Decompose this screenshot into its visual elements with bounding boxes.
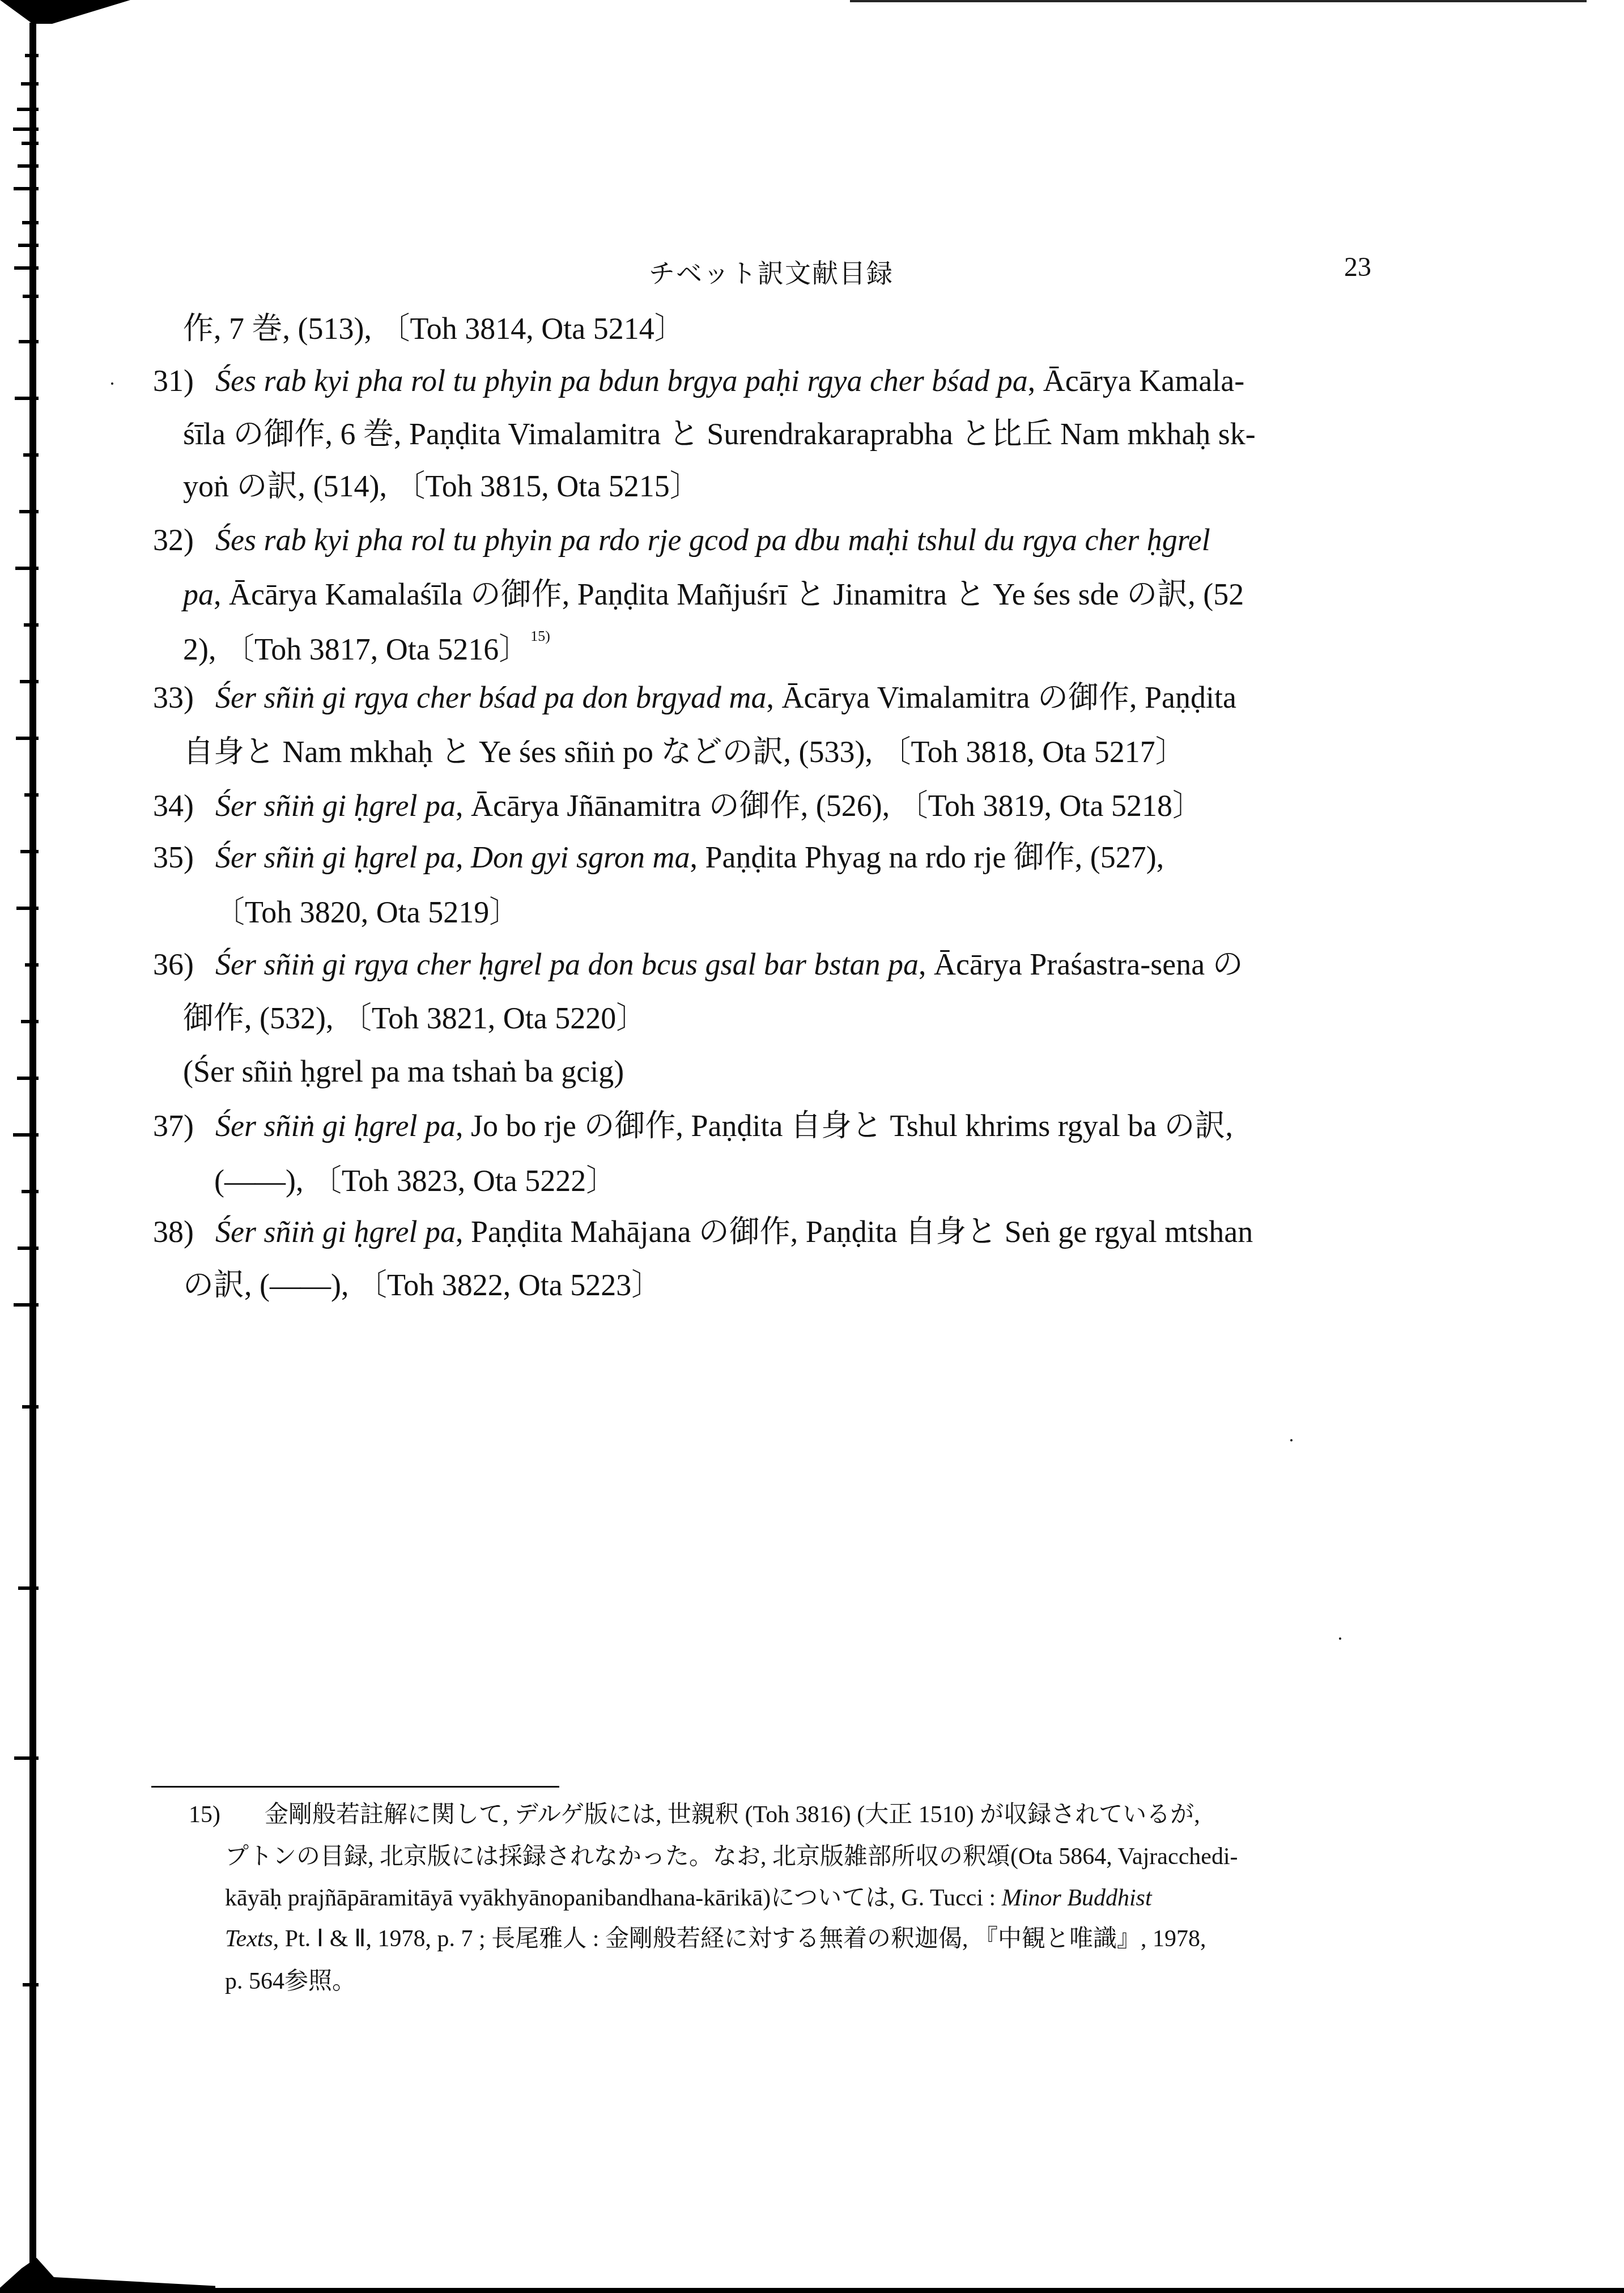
footnote-separator [151, 1786, 559, 1788]
footnote-line: プトンの目録, 北京版には採録されなかった。なお, 北京版雑部所収の釈頌(Ota… [225, 1843, 1238, 1870]
scan-binding-tick [22, 1405, 39, 1409]
scan-binding-tick [23, 1983, 39, 1986]
scan-binding-tick [22, 1190, 39, 1193]
italic-title-text: Śer sñiṅ gi ḥgrel pa [215, 1215, 456, 1249]
scan-speck [1339, 1637, 1341, 1640]
italic-title-text: Minor Buddhist [1002, 1885, 1152, 1911]
entry-number: 36) [153, 947, 194, 981]
page-number: 23 [1344, 252, 1371, 283]
footnote-line: kāyāḥ prajñāpāramitāyā vyākhyānopaniband… [225, 1884, 1152, 1912]
entry-continuation-line: 2), 〔Toh 3817, Ota 5216〕15) [183, 627, 550, 666]
scan-bottom-edge [113, 2288, 1624, 2293]
footnote-reference[interactable]: 15) [530, 628, 550, 644]
scan-binding-tick [13, 1133, 39, 1137]
text-segment: , Paṇḍita Phyag na rdo rje 御作, (527), [690, 840, 1164, 874]
text-segment: , Ācārya Praśastra-sena の [919, 947, 1243, 981]
scan-binding-tick [15, 397, 39, 400]
entry-first-line: Śes rab kyi pha rol tu phyin pa rdo rje … [215, 523, 1210, 557]
text-segment: śīla の御作, 6 巻, Paṇḍita Vimalamitra と Sur… [183, 417, 1256, 451]
entry-continuation-line: śīla の御作, 6 巻, Paṇḍita Vimalamitra と Sur… [183, 417, 1256, 451]
scan-binding-tick [21, 82, 39, 86]
text-segment: 〔Toh 3820, Ota 5219〕 [214, 895, 520, 929]
scan-binding-tick [18, 244, 39, 247]
text-segment: , Jo bo rje の御作, Paṇḍita 自身と Tshul khrim… [456, 1109, 1233, 1143]
italic-title-text: Śes rab kyi pha rol tu phyin pa rdo rje … [215, 523, 1210, 557]
scan-binding-tick [14, 187, 39, 190]
text-segment: , Ācārya Jñānamitra の御作, (526), 〔Toh 381… [456, 789, 1203, 823]
text-segment: p. 564参照。 [225, 1968, 356, 1994]
scan-binding-tick [22, 142, 39, 145]
text-segment: 自身と Nam mkhaḥ と Ye śes sñiṅ po などの訳, (53… [183, 735, 1186, 769]
entry-number: 34) [153, 789, 194, 823]
scan-binding-tick [14, 1756, 39, 1760]
italic-title-text: pa [183, 577, 214, 611]
scan-speck [1290, 1439, 1293, 1441]
text-segment: 作, 7 巻, (513), 〔Toh 3814, Ota 5214〕 [183, 312, 685, 346]
scan-binding-tick [25, 963, 39, 967]
scan-binding-tick [15, 567, 39, 570]
entry-continuation-line: の訳, (――), 〔Toh 3822, Ota 5223〕 [183, 1268, 662, 1302]
scan-binding-tick [20, 850, 39, 853]
scan-binding-tick [16, 737, 39, 740]
text-segment: プトンの目録, 北京版には採録されなかった。なお, 北京版雑部所収の釈頌(Ota… [225, 1844, 1238, 1870]
entry-first-line: Śer sñiṅ gi ḥgrel pa, Paṇḍita Mahājana の… [215, 1215, 1253, 1249]
text-segment: , Paṇḍita Mahājana の御作, Paṇḍita 自身と Seṅ … [456, 1215, 1253, 1249]
scan-binding-tick [17, 1077, 39, 1080]
text-segment: , Ācārya Kamala- [1028, 364, 1244, 398]
italic-title-text: Śer sñiṅ gi rgya cher ḥgrel pa don bcus … [215, 947, 919, 981]
text-segment: (Śer sñiṅ ḥgrel pa ma tshaṅ ba gcig) [183, 1054, 624, 1088]
scan-binding-tick [20, 680, 39, 683]
scan-binding-tick [16, 907, 39, 910]
scan-binding-tick [18, 164, 39, 168]
entry-first-line: Śes rab kyi pha rol tu phyin pa bdun brg… [215, 364, 1244, 398]
entry-continuation-line: (Śer sñiṅ ḥgrel pa ma tshaṅ ba gcig) [183, 1054, 624, 1088]
entry-number: 31) [153, 364, 194, 398]
scan-binding-tick [22, 221, 39, 224]
entry-first-line: Śer sñiṅ gi ḥgrel pa, Jo bo rje の御作, Paṇ… [215, 1109, 1233, 1143]
entry-number: 35) [153, 840, 194, 874]
footnote-line: 金剛般若註解に関して, デルゲ版には, 世親釈 (Toh 3816) (大正 1… [265, 1801, 1200, 1828]
scan-binding-tick [17, 108, 39, 111]
entry-first-line: Śer sñiṅ gi rgya cher ḥgrel pa don bcus … [215, 947, 1243, 981]
footnote-label: 15) [189, 1801, 220, 1828]
entry-first-line: Śer sñiṅ gi ḥgrel pa, Ācārya Jñānamitra … [215, 789, 1203, 823]
text-segment: yoṅ の訳, (514), 〔Toh 3815, Ota 5215〕 [183, 469, 700, 503]
text-segment: , Ācārya Kamalaśīla の御作, Paṇḍita Mañjuśr… [214, 577, 1244, 611]
scan-binding-tick [19, 340, 39, 343]
scan-binding-tick [19, 510, 39, 513]
scanned-page: チベット訳文献目録 23 作, 7 巻, (513), 〔Toh 3814, O… [0, 0, 1624, 2293]
entry-number: 33) [153, 680, 194, 714]
scan-binding-tick [24, 623, 39, 627]
scan-binding-tick [13, 127, 39, 131]
scan-shadow-top-left [0, 0, 130, 24]
scan-top-edge [850, 0, 1587, 2]
italic-title-text: Śer sñiṅ gi rgya cher bśad pa don brgyad… [215, 680, 766, 714]
entry-number: 38) [153, 1215, 194, 1249]
entry-continuation-line: 作, 7 巻, (513), 〔Toh 3814, Ota 5214〕 [183, 312, 685, 346]
text-segment: , Pt. Ⅰ & Ⅱ, 1978, p. 7 ; 長尾雅人 : 金剛般若経に対… [273, 1926, 1206, 1952]
scan-binding-edge [29, 23, 36, 2266]
footnote-line: Texts, Pt. Ⅰ & Ⅱ, 1978, p. 7 ; 長尾雅人 : 金剛… [225, 1925, 1206, 1952]
italic-title-text: Śer sñiṅ gi ḥgrel pa [215, 1109, 456, 1143]
scan-binding-tick [24, 793, 39, 797]
text-segment: 2), 〔Toh 3817, Ota 5216〕 [183, 632, 529, 666]
scan-binding-tick [25, 54, 39, 57]
scan-binding-tick [18, 1247, 39, 1250]
entry-continuation-line: 自身と Nam mkhaḥ と Ye śes sñiṅ po などの訳, (53… [183, 735, 1186, 769]
italic-title-text: Texts [225, 1926, 273, 1952]
text-segment: , Ācārya Vimalamitra の御作, Paṇḍita [766, 680, 1236, 714]
running-title: チベット訳文献目録 [649, 253, 894, 290]
text-segment: の訳, (――), 〔Toh 3822, Ota 5223〕 [183, 1268, 662, 1302]
scan-binding-tick [23, 295, 39, 298]
entry-first-line: Śer sñiṅ gi ḥgrel pa, Don gyi sgron ma, … [215, 840, 1164, 874]
scan-binding-tick [23, 453, 39, 457]
scan-binding-tick [18, 1586, 39, 1590]
footnote-line: p. 564参照。 [225, 1968, 356, 1995]
entry-number: 32) [153, 523, 194, 557]
text-segment: 金剛般若註解に関して, デルゲ版には, 世親釈 (Toh 3816) (大正 1… [265, 1802, 1200, 1828]
italic-title-text: Śer sñiṅ gi ḥgrel pa, Don gyi sgron ma [215, 840, 690, 874]
scan-binding-tick [14, 1303, 39, 1307]
entry-continuation-line: 御作, (532), 〔Toh 3821, Ota 5220〕 [183, 1001, 647, 1035]
text-segment: 御作, (532), 〔Toh 3821, Ota 5220〕 [183, 1001, 647, 1035]
entry-number: 37) [153, 1109, 194, 1143]
text-segment: (――), 〔Toh 3823, Ota 5222〕 [214, 1164, 617, 1198]
italic-title-text: Śer sñiṅ gi ḥgrel pa [215, 789, 456, 823]
scan-speck [111, 382, 113, 385]
entry-continuation-line: 〔Toh 3820, Ota 5219〕 [214, 895, 520, 929]
italic-title-text: Śes rab kyi pha rol tu phyin pa bdun brg… [215, 364, 1028, 398]
entry-first-line: Śer sñiṅ gi rgya cher bśad pa don brgyad… [215, 680, 1236, 714]
scan-binding-tick [14, 266, 39, 270]
scan-binding-tick [21, 1020, 39, 1023]
text-segment: kāyāḥ prajñāpāramitāyā vyākhyānopaniband… [225, 1885, 1002, 1911]
entry-continuation-line: (――), 〔Toh 3823, Ota 5222〕 [214, 1164, 617, 1198]
entry-continuation-line: pa, Ācārya Kamalaśīla の御作, Paṇḍita Mañju… [183, 577, 1244, 611]
entry-continuation-line: yoṅ の訳, (514), 〔Toh 3815, Ota 5215〕 [183, 469, 700, 503]
